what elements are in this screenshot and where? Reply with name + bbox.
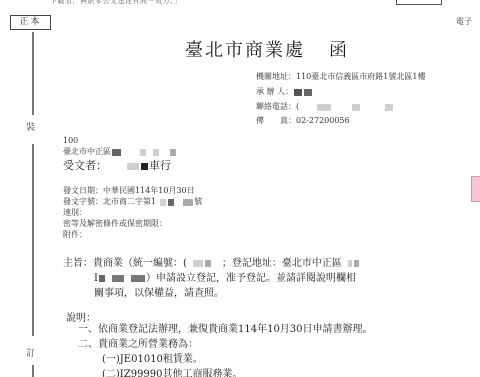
recipient-line: 受文者：車行: [63, 157, 171, 173]
redaction: [140, 149, 146, 156]
doc-type: 函: [329, 40, 349, 61]
redaction: [317, 104, 331, 111]
binding-char-ding: 訂: [26, 346, 35, 359]
description-subitem-1: (一)JE01010租賃業。: [102, 350, 203, 365]
binding-line: [32, 32, 34, 115]
confidential-field: 密等及解密條件或保密期限：: [63, 218, 167, 229]
issue-date: 發文日期：中華民國114年10月30日: [63, 185, 195, 196]
redaction: [304, 89, 312, 96]
sender-fax: 傳 真：02-27200056: [256, 115, 350, 126]
recipient-address: 臺北市中正區: [63, 146, 177, 157]
subject-line-2: I）申請設立登記，准予登記。並請詳閱說明欄相: [94, 271, 356, 286]
subject-line-3: 關事項，以保權益，請查照。: [94, 286, 224, 301]
redaction: [170, 149, 176, 156]
redaction: [153, 149, 159, 156]
sender-handler: 承 辦 人：: [256, 86, 313, 97]
redaction: [160, 199, 166, 206]
description-item-2: 二、貴商業之所營業務為：: [78, 335, 198, 350]
redaction: [354, 260, 359, 267]
speed-field: 速別：: [63, 207, 87, 218]
redaction: [127, 163, 139, 170]
binding-char-zhuang: 裝: [26, 120, 35, 133]
issue-number: 發文字號：北市商二字第1號: [63, 196, 202, 207]
sender-address: 機關地址：110臺北市信義區市府路1號北區1樓: [256, 71, 425, 82]
redaction: [193, 260, 203, 267]
top-box: [396, 0, 442, 5]
page-title: 臺北市商業處函: [185, 36, 349, 62]
redaction: [168, 199, 174, 206]
redaction: [141, 163, 148, 170]
redaction: [183, 199, 193, 206]
redaction: [352, 104, 360, 111]
binding-line: [32, 144, 34, 336]
top-note: 下載者，與紙本公文送達有同一效力。」: [50, 0, 182, 6]
redaction: [294, 89, 302, 96]
redaction: [112, 275, 124, 282]
seal-stamp: [471, 176, 480, 202]
sender-phone: 聯絡電話：(: [256, 101, 394, 112]
description-item-1: 一、依商業登記法辦理，兼復貴商業114年10月30日申請書辦理。: [78, 320, 373, 335]
subject-label: 主旨：: [63, 258, 93, 269]
description-subitem-2: (二)IZ99990其他工商服務業。: [102, 365, 243, 377]
redaction: [131, 275, 145, 282]
redaction: [99, 275, 105, 282]
redaction: [348, 260, 352, 267]
electronic-label: 電子: [456, 16, 472, 27]
redaction: [112, 149, 121, 156]
redaction: [205, 260, 211, 267]
recipient-postal-code: 100: [63, 136, 78, 145]
redaction: [385, 104, 393, 111]
attachment-field: 附件：: [63, 229, 87, 240]
agency-name: 臺北市商業處: [185, 40, 305, 61]
copy-badge: 正本: [10, 15, 51, 30]
subject-line-1: 主旨：貴商業（統一編號：(；登記地址：臺北市中正區: [63, 256, 360, 271]
binding-line: [32, 365, 34, 377]
